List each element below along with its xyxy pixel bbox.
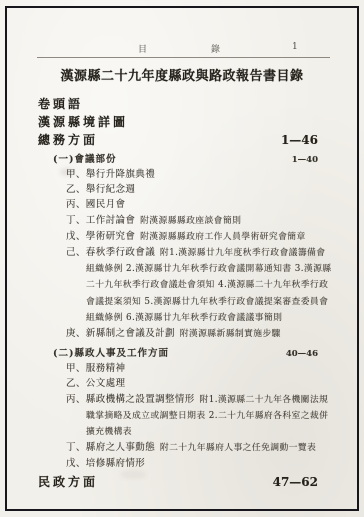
toc-entry: 乙、舉行紀念週 (0, 182, 364, 197)
toc-entry: 丁、工作討論會 附漢源縣縣政座談會簡則 (0, 213, 364, 229)
toc-entry-label: 民政方面 (38, 475, 98, 489)
toc-entry-label: 戊、學術研究會 (66, 231, 135, 242)
running-header-page-number: 1 (292, 42, 299, 52)
toc-entry-label: 己、春秋季行政會議 (66, 247, 155, 258)
running-header-char-right: 錄 (211, 42, 221, 55)
toc-entry-label: 庚、新縣制之會議及計劃 (66, 328, 175, 339)
toc-entry-appendix: 附漢源縣縣政府工作人員學術研究會簡章 (135, 232, 305, 242)
toc-entry-label: 甲、舉行升降旗典禮 (66, 169, 155, 180)
toc-entry-label: 丁、縣府之人事動態 (66, 442, 155, 453)
scanned-page: 目 錄 1 漢源縣二十九年度縣政與路政報告書目錄 卷頭語漢源縣境詳圖總務方面1—… (0, 0, 364, 517)
toc-entry-label: 乙、公文處理 (66, 378, 125, 389)
toc-entry-label: 總務方面 (38, 133, 98, 147)
toc-entry-label: 卷頭語 (38, 97, 83, 111)
document-title: 漢源縣二十九年度縣政與路政報告書目錄 (30, 65, 334, 84)
toc-entry: 戊、學術研究會 附漢源縣縣政府工作人員學術研究會簡章 (0, 229, 364, 245)
toc-entry: 丙、國民月會 (0, 197, 364, 212)
toc-entry-appendix: 附二十九年縣府人事之任免調動一覽表 (155, 443, 316, 453)
toc-entry: 甲、服務精神 (0, 361, 364, 376)
toc-entry-label: 丁、工作討論會 (66, 215, 135, 226)
toc-list: 卷頭語漢源縣境詳圖總務方面1—46(一)會議部份1—40甲、舉行升降旗典禮乙、舉… (0, 94, 364, 490)
running-header-char-left: 目 (138, 42, 148, 55)
toc-entry-label: 戊、培修縣府情形 (66, 458, 145, 469)
toc-entry: 漢源縣境詳圖 (0, 115, 364, 130)
toc-entry-label: 甲、服務精神 (66, 363, 125, 374)
toc-entry-label: 丙、縣政機構之設置調整情形 (66, 394, 195, 405)
toc-entry-appendix: 附漢源縣新縣制實施步驟 (175, 329, 281, 339)
toc-entry-pages: 40—46 (286, 347, 318, 361)
toc-entry-pages: 1—40 (292, 153, 318, 167)
toc-entry: 乙、公文處理 (0, 376, 364, 391)
toc-entry: (二)縣政人事及工作方面40—46 (0, 347, 364, 361)
toc-entry-label: 丙、國民月會 (66, 199, 125, 210)
toc-entry: 丙、縣政機構之設置調整情形 附1.漢源縣二十九年各機關法規職掌摘略及成立或調整日… (0, 392, 364, 441)
toc-entry-pages: 1—46 (281, 133, 318, 148)
toc-entry-label: (二)縣政人事及工作方面 (53, 348, 169, 359)
toc-entry: 甲、舉行升降旗典禮 (0, 167, 364, 182)
toc-entry-label: 乙、舉行紀念週 (66, 184, 135, 195)
toc-entry: 庚、新縣制之會議及計劃 附漢源縣新縣制實施步驟 (0, 326, 364, 342)
toc-entry-appendix: 附1.漢源縣廿九年度秋季行政會議籌備會組織條例 2.漢源縣廿九年秋季行政會議開幕… (86, 248, 332, 323)
toc-entry-pages: 47—62 (273, 475, 318, 490)
toc-entry: 丁、縣府之人事動態 附二十九年縣府人事之任免調動一覽表 (0, 440, 364, 456)
toc-entry: 總務方面1—46 (0, 133, 364, 148)
toc-entry-label: (一)會議部份 (53, 154, 117, 165)
toc-entry: 戊、培修縣府情形 (0, 456, 364, 471)
header-rule (37, 57, 330, 58)
toc-entry: 己、春秋季行政會議 附1.漢源縣廿九年度秋季行政會議籌備會組織條例 2.漢源縣廿… (0, 245, 364, 326)
toc-entry: 民政方面47—62 (0, 475, 364, 490)
toc-entry: (一)會議部份1—40 (0, 153, 364, 167)
toc-entry-appendix: 附漢源縣縣政座談會簡則 (135, 216, 241, 226)
toc-entry-label: 漢源縣境詳圖 (38, 115, 128, 129)
toc-entry: 卷頭語 (0, 97, 364, 112)
